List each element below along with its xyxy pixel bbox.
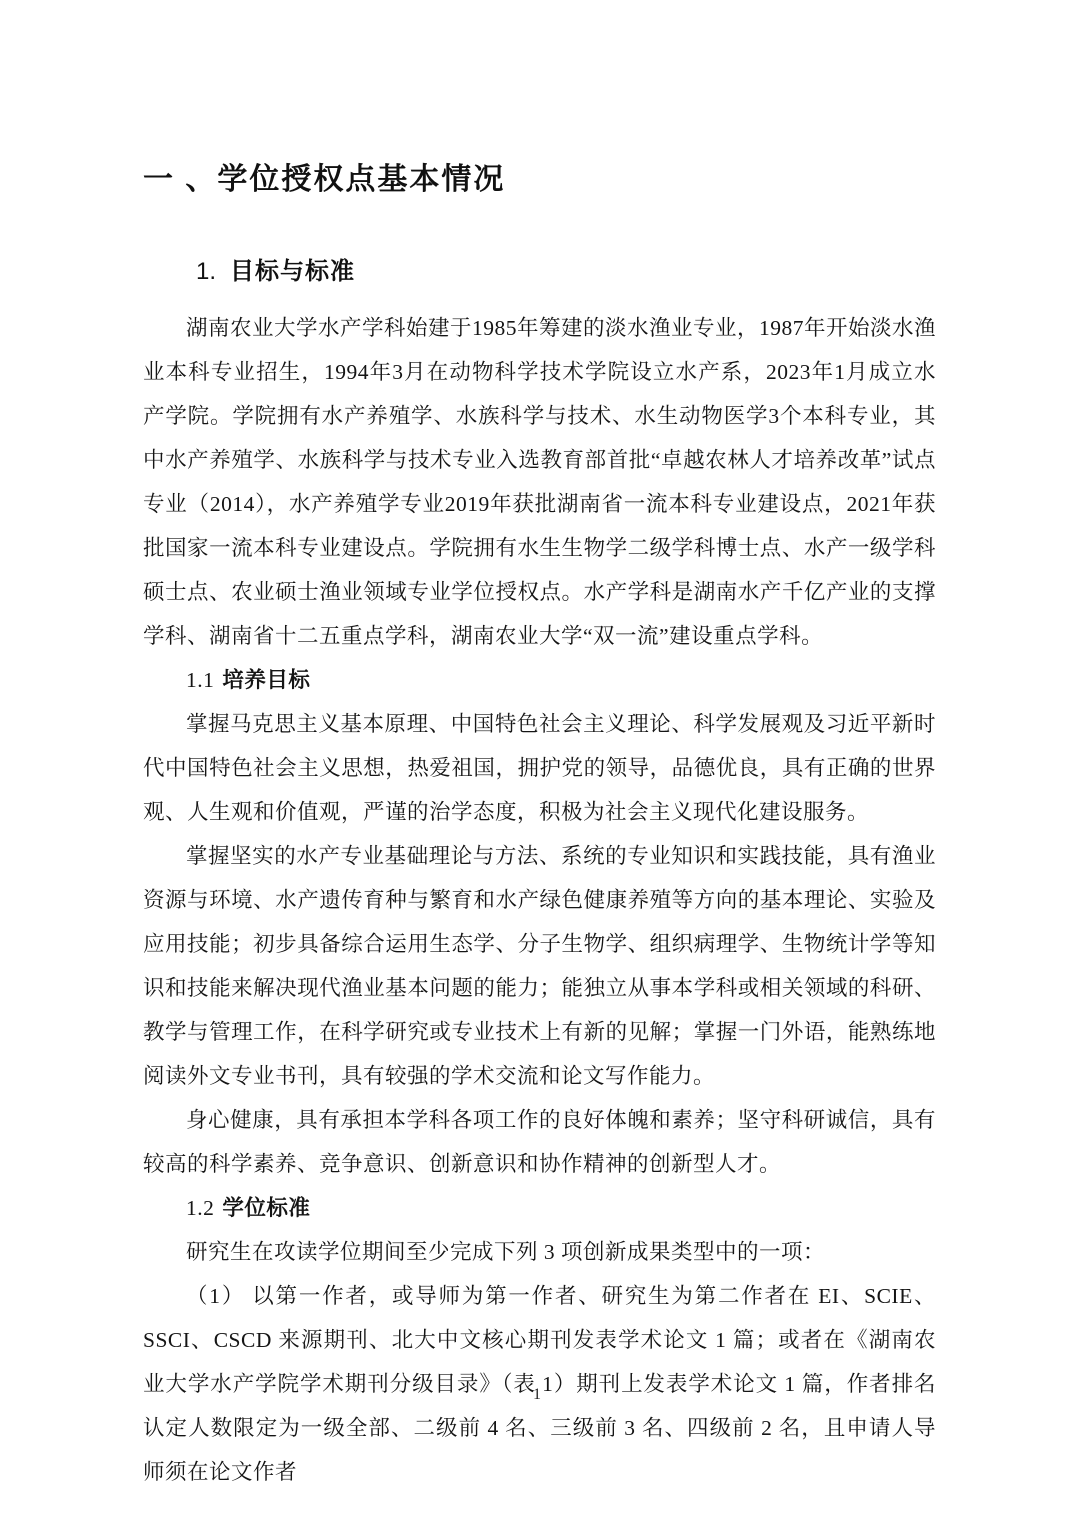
training-goal-paragraph-1: 掌握马克思主义基本原理、中国特色社会主义理论、科学发展观及习近平新时代中国特色社… bbox=[143, 702, 936, 834]
document-page: 一 、学位授权点基本情况 1.目标与标准 湖南农业大学水产学科始建于1985年筹… bbox=[0, 0, 1074, 1520]
training-goal-paragraph-2: 掌握坚实的水产专业基础理论与方法、系统的专业知识和实践技能，具有渔业资源与环境、… bbox=[143, 834, 936, 1098]
document-content: 一 、学位授权点基本情况 1.目标与标准 湖南农业大学水产学科始建于1985年筹… bbox=[143, 0, 936, 1494]
degree-standard-paragraph-2: （1） 以第一作者，或导师为第一作者、研究生为第二作者在 EI、SCIE、SSC… bbox=[143, 1274, 936, 1494]
section-1-number: 1. bbox=[196, 258, 216, 285]
section-1-heading: 1.目标与标准 bbox=[143, 252, 936, 292]
subsection-1-2-title: 学位标准 bbox=[222, 1196, 310, 1220]
page-number: 1 bbox=[0, 1386, 1074, 1404]
subsection-1-2-heading: 1.2学位标准 bbox=[143, 1186, 936, 1230]
subsection-1-1-heading: 1.1培养目标 bbox=[143, 658, 936, 702]
degree-standard-paragraph-1: 研究生在攻读学位期间至少完成下列 3 项创新成果类型中的一项： bbox=[143, 1230, 936, 1274]
training-goal-paragraph-3: 身心健康，具有承担本学科各项工作的良好体魄和素养；坚守科研诚信，具有较高的科学素… bbox=[143, 1098, 936, 1186]
subsection-1-1-title: 培养目标 bbox=[222, 668, 310, 692]
section-1-title: 目标与标准 bbox=[230, 258, 355, 285]
subsection-1-2-number: 1.2 bbox=[186, 1196, 214, 1220]
intro-paragraph: 湖南农业大学水产学科始建于1985年筹建的淡水渔业专业，1987年开始淡水渔业本… bbox=[143, 306, 936, 658]
subsection-1-1-number: 1.1 bbox=[186, 668, 214, 692]
main-title: 一 、学位授权点基本情况 bbox=[143, 0, 936, 202]
